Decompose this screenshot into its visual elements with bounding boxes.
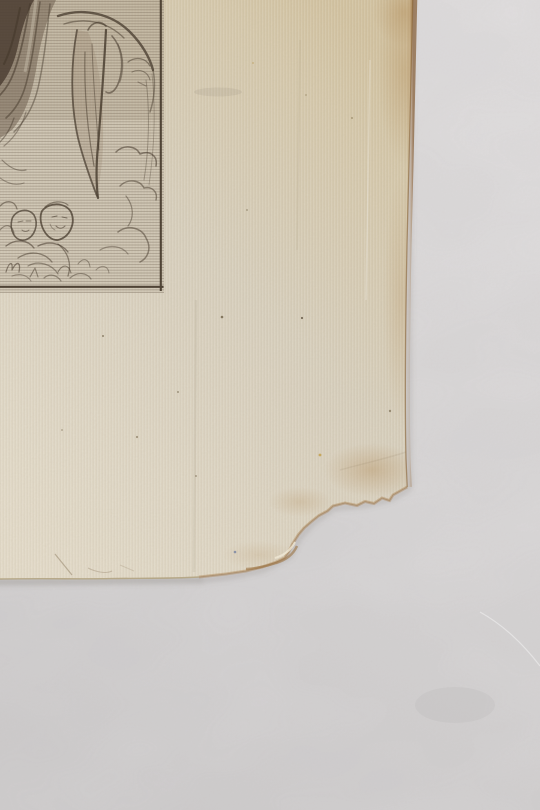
- foxing-speck: [195, 475, 197, 477]
- photo-canvas: [0, 0, 540, 810]
- surface-smudge: [415, 687, 495, 723]
- foxing-speck: [252, 62, 254, 64]
- foxing-speck: [351, 117, 353, 119]
- foxing-speck: [301, 317, 303, 319]
- foxing-speck: [319, 454, 322, 457]
- foxing-speck: [234, 551, 237, 554]
- photo-of-antique-print: [0, 0, 540, 810]
- foxing-speck: [389, 410, 391, 412]
- foxing-speck: [136, 436, 138, 438]
- foxing-speck: [177, 391, 179, 393]
- foxing-speck: [61, 429, 63, 431]
- foxing-speck: [246, 209, 248, 211]
- foxing-speck: [305, 94, 307, 96]
- paper-sheet: [0, 0, 436, 588]
- engraving-plate: [0, 0, 164, 293]
- foxing-speck: [102, 335, 104, 337]
- foxing-speck: [221, 316, 224, 319]
- pencil-smudge: [194, 88, 242, 97]
